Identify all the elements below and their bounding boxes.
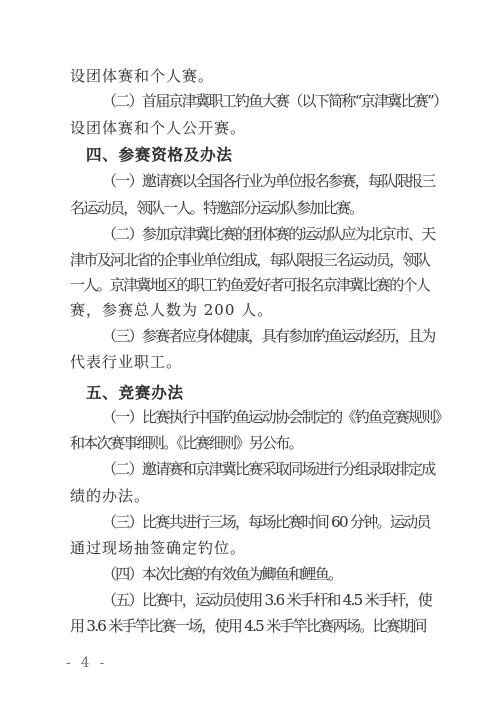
text-line: 绩的办法。 [70,488,150,506]
text-line: （三）参赛者应身体健康，具有参加钓鱼运动经历，且为 [102,328,435,346]
text-line: 用 3.6 米手竿比赛一场，使用 4.5 米手竿比赛两场。比赛期间 [70,618,426,636]
text-line: （五）比赛中，运动员使用 3.6 米手杆和 4.5 米手杆，使 [102,592,431,610]
text-line: 和本次赛事细则。《比赛细则》另公布。 [70,435,302,453]
text-line: （二）邀请赛和京津冀比赛采取同场进行分组录取排定成 [102,461,435,479]
text-line: （二）参加京津冀比赛的团体赛的运动队应为北京市、天 [102,226,435,244]
text-line: （一）比赛执行中国钓鱼运动协会制定的《钓鱼竞赛规则》 [102,409,448,427]
text-line: （一）邀请赛以全国各行业为单位报名参赛，每队限报三 [102,173,435,191]
page-number: - 4 - [66,655,107,671]
text-line: 一人。京津冀地区的职工钓鱼爱好者可报名京津冀比赛的个人 [70,277,429,295]
text-line: （三）比赛共进行三场，每场比赛时间 60 分钟。运动员 [102,514,430,532]
text-line: 代表行业职工。 [70,354,182,372]
section-heading: 四、参赛资格及办法 [86,147,233,165]
text-line: 津市及河北省的企事业单位组成，每队限报三名运动员，领队 [70,252,429,270]
document-page: 设团体赛和个人赛。（二）首届京津冀职工钓鱼大赛（以下简称“京津冀比赛”）设团体赛… [0,0,500,706]
section-heading: 五、竞赛办法 [86,385,184,403]
text-line: 赛，参赛总人数为 200 人。 [70,302,273,320]
text-line: （四）本次比赛的有效鱼为鲫鱼和鲤鱼。 [102,566,341,584]
text-line: 名运动员，领队一人。特邀部分运动队参加比赛。 [70,200,363,218]
text-line: 设团体赛和个人公开赛。 [70,120,246,138]
text-line: 通过现场抽签确定钓位。 [70,540,246,558]
text-line: 设团体赛和个人赛。 [70,68,214,86]
text-line: （二）首届京津冀职工钓鱼大赛（以下简称“京津冀比赛”） [102,93,446,111]
